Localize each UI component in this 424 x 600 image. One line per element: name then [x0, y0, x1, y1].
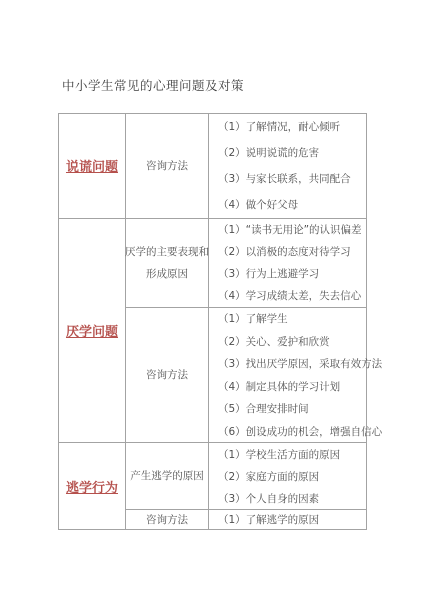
subrows: 产生逃学的原因 （1）学校生活方面的原因 （2）家庭方面的原因 （3）个人自身的… [126, 443, 366, 529]
subrow-methods: 咨询方法 （1）了解学生 （2）关心、爱护和欣赏 （3）找出厌学原因，采取有效方… [126, 308, 366, 443]
list-item: （4）学习成绩太差，失去信心 [218, 288, 366, 303]
category-cell: 咨询方法 [126, 308, 209, 443]
problem-label: 厌学问题 [66, 321, 118, 340]
list-item: （6）创设成功的机会，增强自信心 [218, 424, 366, 439]
subrow-methods: 咨询方法 （1）了解情况，耐心倾听 （2）说明说谎的危害 （3）与家长联系，共同… [126, 114, 366, 218]
page-title: 中小学生常见的心理问题及对策 [62, 76, 244, 94]
items-cell: （1）了解逃学的原因 [209, 510, 366, 529]
category-label: 咨询方法 [146, 512, 188, 527]
subrow-methods: 咨询方法 （1）了解逃学的原因 [126, 510, 366, 529]
subrows: 咨询方法 （1）了解情况，耐心倾听 （2）说明说谎的危害 （3）与家长联系，共同… [126, 114, 366, 218]
problem-label: 逃学行为 [66, 477, 118, 496]
table-row-lying: 说谎问题 咨询方法 （1）了解情况，耐心倾听 （2）说明说谎的危害 （3）与家长… [59, 114, 366, 219]
problem-label: 说谎问题 [66, 156, 118, 175]
list-item: （1）了解学生 [218, 311, 366, 326]
list-item: （1）了解情况，耐心倾听 [218, 119, 366, 134]
document-page: 中小学生常见的心理问题及对策 说谎问题 咨询方法 （1）了解情况，耐心倾听 （2… [0, 0, 424, 600]
category-label: 产生逃学的原因 [130, 465, 204, 487]
table-row-truancy: 逃学行为 产生逃学的原因 （1）学校生活方面的原因 （2）家庭方面的原因 （3）… [59, 443, 366, 529]
list-item: （3）行为上逃避学习 [218, 266, 366, 281]
list-item: （5）合理安排时间 [218, 401, 366, 416]
list-item: （1）“读书无用论”的认识偏差 [218, 222, 366, 237]
items-cell: （1）了解学生 （2）关心、爱护和欣赏 （3）找出厌学原因，采取有效方法 （4）… [209, 308, 366, 443]
category-label: 咨询方法 [146, 364, 188, 386]
subrow-causes: 产生逃学的原因 （1）学校生活方面的原因 （2）家庭方面的原因 （3）个人自身的… [126, 443, 366, 510]
category-label: 咨询方法 [146, 155, 188, 177]
list-item: （2）以消极的态度对待学习 [218, 244, 366, 259]
list-item: （2）家庭方面的原因 [218, 469, 366, 484]
list-item: （4）制定具体的学习计划 [218, 379, 366, 394]
items-cell: （1）“读书无用论”的认识偏差 （2）以消极的态度对待学习 （3）行为上逃避学习… [209, 219, 366, 307]
problem-cell: 厌学问题 [59, 219, 126, 443]
list-item: （1）了解逃学的原因 [218, 512, 366, 527]
list-item: （4）做个好父母 [218, 197, 366, 212]
list-item: （3）与家长联系，共同配合 [218, 171, 366, 186]
category-cell: 产生逃学的原因 [126, 443, 209, 509]
category-cell: 咨询方法 [126, 510, 209, 529]
category-label-line: 厌学的主要表现和 [125, 241, 209, 263]
subrow-causes: 厌学的主要表现和 形成原因 （1）“读书无用论”的认识偏差 （2）以消极的态度对… [126, 219, 366, 308]
category-cell: 咨询方法 [126, 114, 209, 218]
category-cell: 厌学的主要表现和 形成原因 [126, 219, 209, 307]
problem-cell: 说谎问题 [59, 114, 126, 218]
list-item: （3）个人自身的因素 [218, 491, 366, 506]
items-cell: （1）学校生活方面的原因 （2）家庭方面的原因 （3）个人自身的因素 [209, 443, 366, 509]
problem-cell: 逃学行为 [59, 443, 126, 529]
list-item: （2）关心、爱护和欣赏 [218, 334, 366, 349]
list-item: （1）学校生活方面的原因 [218, 447, 366, 462]
table-row-school-weariness: 厌学问题 厌学的主要表现和 形成原因 （1）“读书无用论”的认识偏差 （2）以消… [59, 219, 366, 444]
items-cell: （1）了解情况，耐心倾听 （2）说明说谎的危害 （3）与家长联系，共同配合 （4… [209, 114, 366, 218]
category-label-line: 形成原因 [146, 263, 188, 285]
list-item: （2）说明说谎的危害 [218, 145, 366, 160]
list-item: （3）找出厌学原因，采取有效方法 [218, 356, 366, 371]
problems-table: 说谎问题 咨询方法 （1）了解情况，耐心倾听 （2）说明说谎的危害 （3）与家长… [58, 113, 367, 530]
subrows: 厌学的主要表现和 形成原因 （1）“读书无用论”的认识偏差 （2）以消极的态度对… [126, 219, 366, 443]
